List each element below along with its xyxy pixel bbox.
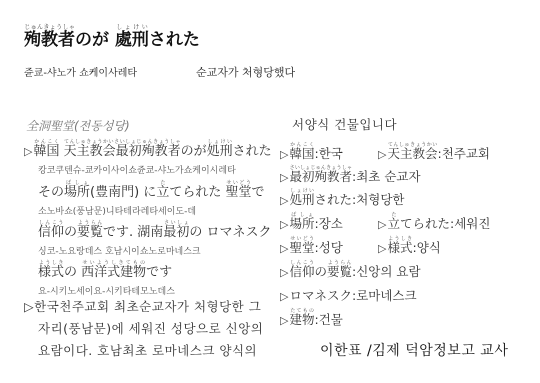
arrow-icon: ▷	[280, 266, 288, 279]
arrow-icon: ▷	[378, 242, 386, 255]
korean-paragraph: ▷한국천주교회 최초순교자가 처형당한 그 자리(풍남문)에 세워진 성당으로 …	[24, 296, 263, 362]
gloss-item: ▷ロマネスク:로마네스크	[280, 286, 417, 304]
gloss-item: ▷最初殉教者さいしょじゅんきょうしゃ:최초 순교자	[280, 165, 421, 185]
arrow-icon: ▷	[378, 148, 386, 161]
arrow-icon: ▷	[280, 242, 288, 255]
title-translation: 순교자가 처형당했다	[196, 64, 295, 80]
paragraph-continuation: 서양식 건물입니다	[292, 114, 397, 136]
jp-line-2: その場所ばしょ(豊南門) に立たてられた 聖堂せいどうで	[38, 180, 265, 200]
arrow-icon: ▷	[280, 290, 288, 303]
reading-line-2: 소노바쇼(풍남문)니타테라레타세이도-데	[38, 204, 196, 217]
title-junkyousha: 殉教者じゅんきょうしゃ	[24, 30, 75, 50]
arrow-icon: ▷	[280, 314, 288, 327]
paragraph-line: 요람이다. 호남최초 로마네스크 양식의	[24, 340, 263, 362]
subtitle: 全洞聖堂(전동성당)	[26, 117, 130, 134]
arrow-icon: ▷	[24, 145, 32, 158]
title-reading: 쥰쿄-샤노가 쇼케이사레타	[24, 64, 137, 79]
author-credit: 이한표 /김제 덕암정보고 교사	[320, 340, 508, 360]
title-shokei: 處刑しょけい	[115, 30, 149, 50]
gloss-item: ▷様式ようしき:양식	[378, 236, 441, 256]
reading-line-3: 싱코-노요랑데스 호남시이쇼노로마네스크	[38, 244, 201, 257]
arrow-icon: ▷	[280, 171, 288, 184]
jp-line-3: 信仰しんこうの要覧ようらんです. 湖南最初さいしょの ロマネスク	[38, 220, 271, 240]
page-title: 殉教者じゅんきょうしゃのが 處刑しょけいされた	[24, 24, 200, 50]
gloss-item: ▷韓国かんこく:한국	[280, 142, 343, 162]
gloss-item: ▷立たてられた:세워진	[378, 212, 490, 232]
arrow-icon: ▷	[378, 218, 386, 231]
jp-line-4: 様式ようしきの 西洋式建物せいようしきてものです	[38, 260, 172, 280]
gloss-item: ▷場所ばしょ:장소	[280, 212, 343, 232]
gloss-item: ▷信仰しんこうの要覧ようらん:신앙의 요람	[280, 260, 421, 280]
jp-line-1: ▷韓国かんこく 天主教会最初殉教者てんしゅきょうかいさいしょじゅんきょうしゃのが…	[24, 139, 272, 159]
reading-line-1: 캉코쿠텐슈-쿄카이사이쇼쥰쿄-샤노가쇼케이시레타	[38, 163, 236, 176]
arrow-icon: ▷	[280, 218, 288, 231]
gloss-item: ▷処刑しょけいされた:처형당한	[280, 188, 405, 208]
arrow-icon: ▷	[280, 194, 288, 207]
gloss-item: ▷聖堂せいどう:성당	[280, 236, 343, 256]
paragraph-line: ▷한국천주교회 최초순교자가 처형당한 그	[24, 296, 263, 318]
gloss-item: ▷建物たてもの:건물	[280, 308, 343, 328]
arrow-icon: ▷	[280, 148, 288, 161]
paragraph-line: 자리(풍남문)에 세워진 성당으로 신앙의	[24, 318, 263, 340]
gloss-item: ▷天主教会てんしゅきょうかい:천주교회	[378, 142, 490, 162]
